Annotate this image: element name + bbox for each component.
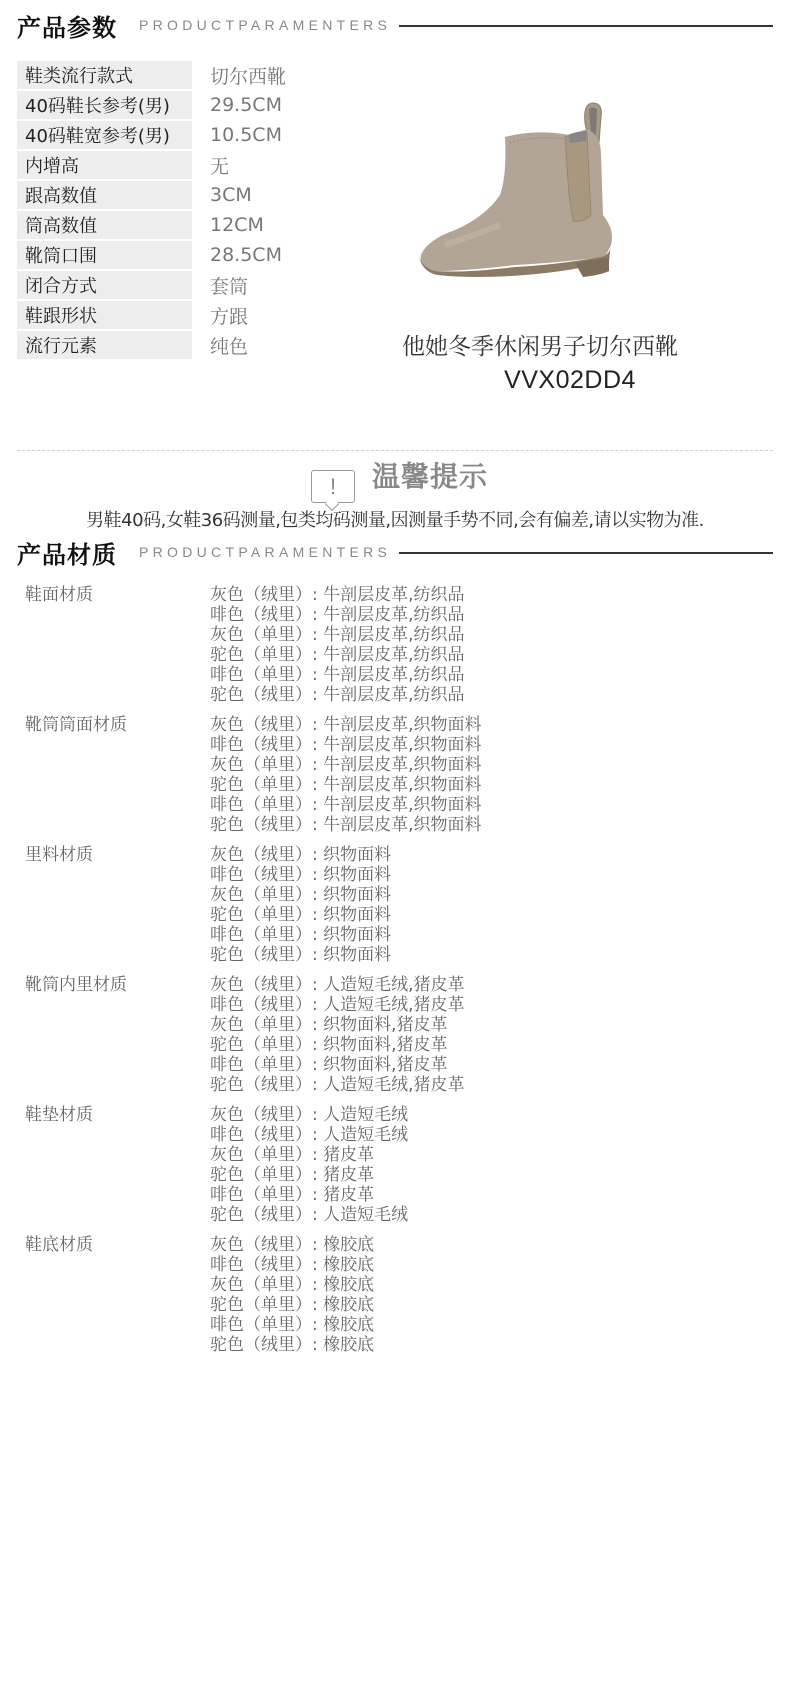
material-line: 驼色（单里）: 牛剖层皮革,纺织品	[210, 645, 465, 665]
material-line: 驼色（绒里）: 牛剖层皮革,织物面料	[210, 815, 482, 835]
param-row: 鞋跟形状方跟	[17, 300, 317, 330]
material-group: 靴筒内里材质 灰色（绒里）: 人造短毛绒,猪皮革 啡色（绒里）: 人造短毛绒,猪…	[25, 975, 765, 1095]
product-name: 他她冬季休闲男子切尔西靴	[360, 328, 720, 361]
param-value: 套筒	[210, 272, 248, 299]
material-label: 鞋垫材质	[25, 1105, 210, 1225]
material-line: 驼色（绒里）: 牛剖层皮革,纺织品	[210, 685, 465, 705]
tip-text: 男鞋40码,女鞋36码测量,包类均码测量,因测量手势不同,会有偏差,请以实物为准…	[0, 506, 790, 532]
material-label: 靴筒内里材质	[25, 975, 210, 1095]
header-rule	[399, 552, 773, 554]
param-row: 鞋类流行款式切尔西靴	[17, 60, 317, 90]
header-rule	[399, 25, 773, 27]
material-line: 灰色（单里）: 织物面料	[210, 885, 391, 905]
param-row: 流行元素纯色	[17, 330, 317, 360]
param-row: 跟高数值3CM	[17, 180, 317, 210]
material-line: 灰色（绒里）: 人造短毛绒,猪皮革	[210, 975, 465, 995]
material-line: 灰色（单里）: 织物面料,猪皮革	[210, 1015, 465, 1035]
param-row: 40码鞋宽参考(男)10.5CM	[17, 120, 317, 150]
param-label: 筒高数值	[17, 211, 192, 239]
material-line: 啡色（单里）: 织物面料	[210, 925, 391, 945]
material-line: 灰色（单里）: 橡胶底	[210, 1275, 374, 1295]
material-line: 啡色（单里）: 织物面料,猪皮革	[210, 1055, 465, 1075]
material-line: 驼色（单里）: 牛剖层皮革,织物面料	[210, 775, 482, 795]
material-line: 驼色（绒里）: 人造短毛绒	[210, 1205, 408, 1225]
material-line: 灰色（绒里）: 人造短毛绒	[210, 1105, 408, 1125]
param-value: 无	[210, 152, 229, 179]
param-row: 40码鞋长参考(男)29.5CM	[17, 90, 317, 120]
product-model: VVX02DD4	[360, 366, 780, 395]
material-line: 灰色（绒里）: 牛剖层皮革,纺织品	[210, 585, 465, 605]
material-line: 灰色（绒里）: 牛剖层皮革,织物面料	[210, 715, 482, 735]
material-line: 啡色（单里）: 牛剖层皮革,纺织品	[210, 665, 465, 685]
param-label: 跟高数值	[17, 181, 192, 209]
material-line: 啡色（单里）: 橡胶底	[210, 1315, 374, 1335]
dashed-divider	[17, 450, 773, 451]
material-group: 靴筒筒面材质 灰色（绒里）: 牛剖层皮革,织物面料 啡色（绒里）: 牛剖层皮革,…	[25, 715, 765, 835]
materials-list: 鞋面材质 灰色（绒里）: 牛剖层皮革,纺织品 啡色（绒里）: 牛剖层皮革,纺织品…	[25, 585, 765, 1365]
material-label: 里料材质	[25, 845, 210, 965]
param-value: 29.5CM	[210, 94, 282, 116]
material-line: 啡色（绒里）: 橡胶底	[210, 1255, 374, 1275]
material-label: 鞋底材质	[25, 1235, 210, 1355]
material-label: 靴筒筒面材质	[25, 715, 210, 835]
material-line: 驼色（绒里）: 橡胶底	[210, 1335, 374, 1355]
param-label: 40码鞋宽参考(男)	[17, 121, 192, 149]
material-line: 驼色（单里）: 织物面料,猪皮革	[210, 1035, 465, 1055]
material-group: 鞋面材质 灰色（绒里）: 牛剖层皮革,纺织品 啡色（绒里）: 牛剖层皮革,纺织品…	[25, 585, 765, 705]
exclamation-speech-bubble-icon: !	[311, 470, 355, 503]
material-line: 驼色（单里）: 织物面料	[210, 905, 391, 925]
params-table: 鞋类流行款式切尔西靴 40码鞋长参考(男)29.5CM 40码鞋宽参考(男)10…	[17, 60, 317, 360]
param-label: 靴筒口围	[17, 241, 192, 269]
material-line: 灰色（绒里）: 织物面料	[210, 845, 391, 865]
material-line: 啡色（单里）: 牛剖层皮革,织物面料	[210, 795, 482, 815]
param-row: 靴筒口围28.5CM	[17, 240, 317, 270]
material-line: 驼色（绒里）: 织物面料	[210, 945, 391, 965]
material-line: 啡色（绒里）: 人造短毛绒	[210, 1125, 408, 1145]
materials-section-header: 产品材质 PRODUCTPARAMENTERS	[17, 532, 773, 572]
material-line: 驼色（单里）: 猪皮革	[210, 1165, 408, 1185]
material-group: 鞋垫材质 灰色（绒里）: 人造短毛绒 啡色（绒里）: 人造短毛绒 灰色（单里）:…	[25, 1105, 765, 1225]
material-line: 灰色（单里）: 牛剖层皮革,纺织品	[210, 625, 465, 645]
chelsea-boot-image	[405, 95, 625, 295]
materials-subtitle: PRODUCTPARAMENTERS	[139, 544, 391, 560]
material-line: 啡色（绒里）: 织物面料	[210, 865, 391, 885]
param-value: 纯色	[210, 332, 248, 359]
param-label: 流行元素	[17, 331, 192, 359]
param-label: 40码鞋长参考(男)	[17, 91, 192, 119]
material-line: 啡色（单里）: 猪皮革	[210, 1185, 408, 1205]
params-title: 产品参数	[17, 8, 117, 43]
materials-title: 产品材质	[17, 535, 117, 570]
param-value: 方跟	[210, 302, 248, 329]
param-value: 12CM	[210, 214, 264, 236]
material-line: 灰色（单里）: 牛剖层皮革,织物面料	[210, 755, 482, 775]
param-value: 28.5CM	[210, 244, 282, 266]
param-label: 闭合方式	[17, 271, 192, 299]
param-value: 3CM	[210, 184, 252, 206]
param-label: 鞋跟形状	[17, 301, 192, 329]
param-label: 内增高	[17, 151, 192, 179]
params-section-header: 产品参数 PRODUCTPARAMENTERS	[17, 5, 773, 45]
param-value: 切尔西靴	[210, 62, 286, 89]
material-line: 啡色（绒里）: 牛剖层皮革,织物面料	[210, 735, 482, 755]
material-line: 灰色（单里）: 猪皮革	[210, 1145, 408, 1165]
param-label: 鞋类流行款式	[17, 61, 192, 89]
material-line: 灰色（绒里）: 橡胶底	[210, 1235, 374, 1255]
material-group: 里料材质 灰色（绒里）: 织物面料 啡色（绒里）: 织物面料 灰色（单里）: 织…	[25, 845, 765, 965]
material-line: 驼色（单里）: 橡胶底	[210, 1295, 374, 1315]
tip-title: 温馨提示	[372, 455, 488, 495]
material-label: 鞋面材质	[25, 585, 210, 705]
param-row: 内增高无	[17, 150, 317, 180]
material-line: 啡色（绒里）: 牛剖层皮革,纺织品	[210, 605, 465, 625]
material-line: 啡色（绒里）: 人造短毛绒,猪皮革	[210, 995, 465, 1015]
material-group: 鞋底材质 灰色（绒里）: 橡胶底 啡色（绒里）: 橡胶底 灰色（单里）: 橡胶底…	[25, 1235, 765, 1355]
param-row: 闭合方式套筒	[17, 270, 317, 300]
material-line: 驼色（绒里）: 人造短毛绒,猪皮革	[210, 1075, 465, 1095]
param-value: 10.5CM	[210, 124, 282, 146]
param-row: 筒高数值12CM	[17, 210, 317, 240]
params-subtitle: PRODUCTPARAMENTERS	[139, 17, 391, 33]
